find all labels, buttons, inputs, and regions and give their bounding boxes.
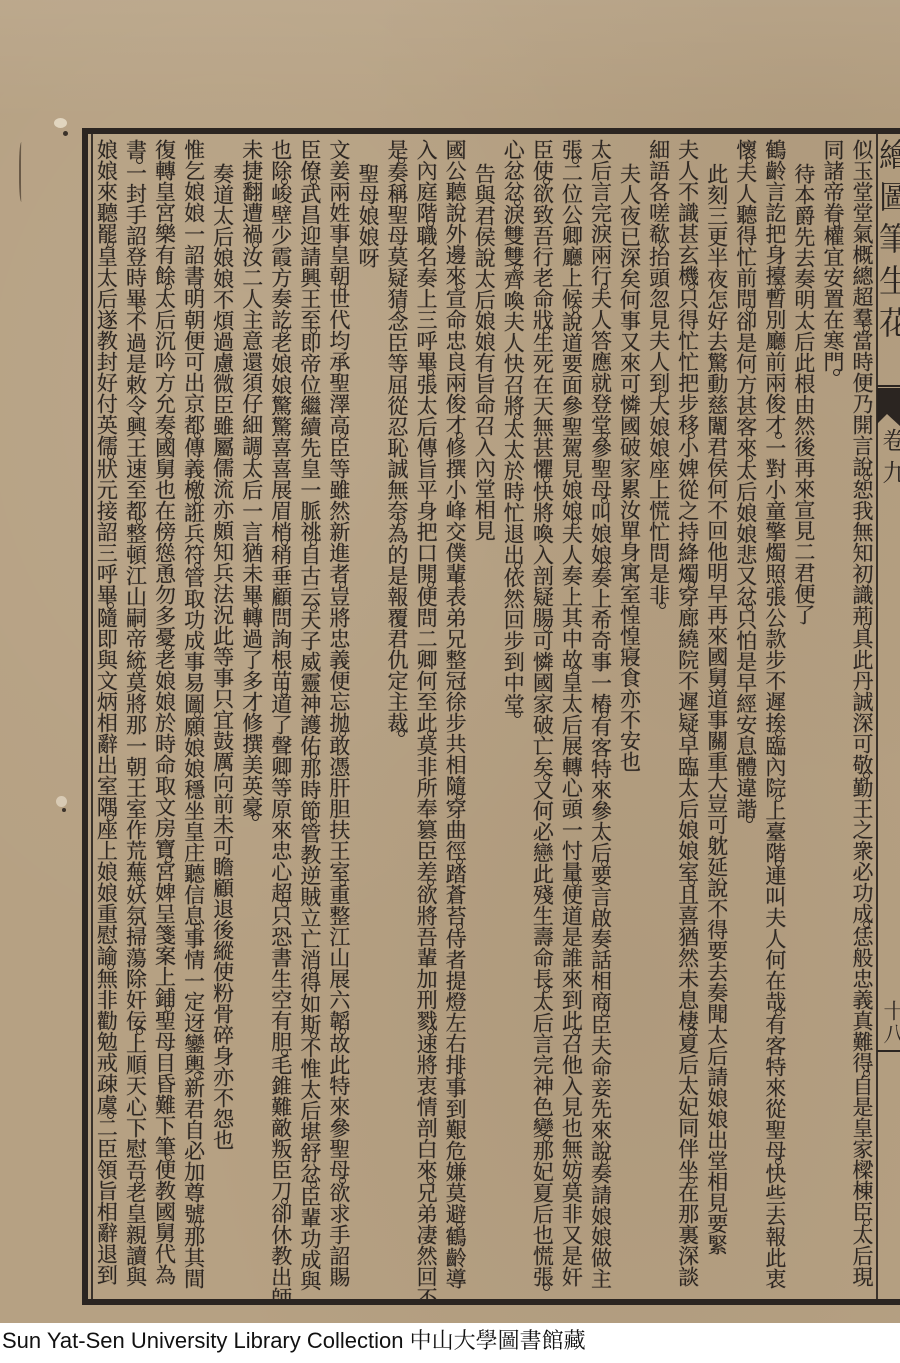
punctuation-circle-icon bbox=[863, 772, 870, 779]
punctuation-circle-icon bbox=[339, 1177, 346, 1184]
punctuation-circle-icon bbox=[688, 283, 695, 290]
punctuation-circle-icon bbox=[107, 241, 114, 248]
punctuation-circle-icon bbox=[136, 1028, 143, 1035]
punctuation-circle-icon bbox=[688, 1177, 695, 1184]
punctuation-circle-icon bbox=[775, 283, 782, 290]
punctuation-circle-icon bbox=[543, 476, 550, 483]
punctuation-circle-icon bbox=[514, 264, 521, 271]
punctuation-circle-icon bbox=[456, 793, 463, 800]
text-column: 書一封手詔登時畢不過是敕令興王速至都整頓江山嗣帝統莫將那一朝王室作荒蕪妖氛掃蕩除… bbox=[120, 139, 149, 1299]
frame-left-border bbox=[82, 128, 88, 1305]
frame-top-border bbox=[82, 128, 900, 134]
punctuation-circle-icon bbox=[601, 711, 608, 718]
punctuation-circle-icon bbox=[863, 1070, 870, 1077]
text-column: 聖母娘娘呀 bbox=[353, 139, 382, 1299]
punctuation-circle-icon bbox=[165, 1154, 172, 1161]
text-column: 同諸帝眷權宜安置在寒門 bbox=[818, 139, 847, 1299]
punctuation-circle-icon bbox=[514, 562, 521, 569]
text-column: 奏道太后娘娘不煩過慮微臣雖屬儒流亦頗知兵法況此等事只宜鼓厲向前未可瞻顧退後縱使粉… bbox=[208, 139, 237, 1299]
punctuation-circle-icon bbox=[601, 1158, 608, 1165]
punctuation-circle-icon bbox=[775, 860, 782, 867]
text-column: 待本爵先去奏明太后此根由然後再來宣見二君便了 bbox=[789, 139, 818, 1299]
text-column: 此刻三更半夜怎好去驚動慈闈君侯何不回他明早再來國舅道事關重大豈可躭延說不得要去奏… bbox=[702, 139, 731, 1299]
punctuation-circle-icon bbox=[456, 1072, 463, 1079]
punctuation-circle-icon bbox=[165, 432, 172, 439]
punctuation-circle-icon bbox=[310, 604, 317, 611]
punctuation-circle-icon bbox=[659, 241, 666, 248]
punctuation-circle-icon bbox=[427, 1177, 434, 1184]
text-column: 也除峻壁少霞方奏訖老娘娘驚驚喜喜展眉梢稍垂顧問詢根苗道了聲卿等原來忠心超只恐書生… bbox=[266, 139, 295, 1299]
fishtail-mark-icon bbox=[877, 388, 900, 426]
punctuation-circle-icon bbox=[572, 1177, 579, 1184]
punctuation-circle-icon bbox=[398, 306, 405, 313]
punctuation-circle-icon bbox=[456, 858, 463, 865]
punctuation-circle-icon bbox=[194, 923, 201, 930]
punctuation-circle-icon bbox=[688, 432, 695, 439]
punctuation-circle-icon bbox=[659, 602, 666, 609]
punctuation-circle-icon bbox=[310, 327, 317, 334]
punctuation-circle-icon bbox=[427, 730, 434, 737]
punctuation-circle-icon bbox=[310, 539, 317, 546]
punctuation-circle-icon bbox=[775, 1009, 782, 1016]
punctuation-circle-icon bbox=[252, 602, 259, 609]
punctuation-circle-icon bbox=[746, 157, 753, 164]
punctuation-circle-icon bbox=[833, 220, 840, 227]
punctuation-circle-icon bbox=[688, 730, 695, 737]
text-column: 臣僚武昌迎請興王至即帝位繼續先皇一脈祧自古云天子威靈神護佑那時節管教逆賊立亡消得… bbox=[295, 139, 324, 1299]
punctuation-circle-icon bbox=[194, 497, 201, 504]
punctuation-circle-icon bbox=[514, 413, 521, 420]
punctuation-circle-icon bbox=[543, 774, 550, 781]
punctuation-circle-icon bbox=[310, 1032, 317, 1039]
punctuation-circle-icon bbox=[543, 986, 550, 993]
punctuation-circle-icon bbox=[456, 283, 463, 290]
punctuation-circle-icon bbox=[775, 581, 782, 588]
punctuation-circle-icon bbox=[601, 562, 608, 569]
punctuation-circle-icon bbox=[775, 432, 782, 439]
punctuation-circle-icon bbox=[165, 283, 172, 290]
punctuation-circle-icon bbox=[310, 1181, 317, 1188]
punctuation-circle-icon bbox=[339, 1028, 346, 1035]
volume-number: 卷九 bbox=[879, 428, 900, 492]
punctuation-circle-icon bbox=[107, 814, 114, 821]
punctuation-circle-icon bbox=[310, 753, 317, 760]
punctuation-circle-icon bbox=[107, 602, 114, 609]
punctuation-circle-icon bbox=[427, 220, 434, 227]
punctuation-circle-icon bbox=[165, 644, 172, 651]
collection-caption: Sun Yat-Sen University Library Collectio… bbox=[2, 1326, 586, 1356]
text-column: 文姜兩姓事皇朝世代均承聖澤高臣等雖然新進者豈將忠義便忘拋敢憑肝胆扶王室重整江山展… bbox=[324, 139, 353, 1299]
punctuation-circle-icon bbox=[136, 518, 143, 525]
text-column: 未捷翻遭禍汝二人主意還須仔細調太后一言猶未畢轉過了多才修撰美英豪 bbox=[237, 139, 266, 1299]
text-column: 太后言完淚兩行夫人答應就登堂參聖母叫娘娘奏上希奇事一樁有客特來參太后要言啟奏話相… bbox=[585, 139, 614, 1299]
punctuation-circle-icon bbox=[310, 967, 317, 974]
punctuation-circle-icon bbox=[136, 157, 143, 164]
punctuation-circle-icon bbox=[746, 604, 753, 611]
punctuation-circle-icon bbox=[398, 518, 405, 525]
punctuation-circle-icon bbox=[194, 1221, 201, 1228]
punctuation-circle-icon bbox=[601, 860, 608, 867]
punctuation-circle-icon bbox=[659, 390, 666, 397]
punctuation-circle-icon bbox=[863, 921, 870, 928]
margin-rule-upper bbox=[877, 385, 900, 387]
punctuation-circle-icon bbox=[688, 1028, 695, 1035]
punctuation-circle-icon bbox=[398, 730, 405, 737]
punctuation-circle-icon bbox=[775, 795, 782, 802]
text-column: 懷夫人聽得忙前問卻是何方甚客來太后娘娘悲又忿只怕是早經安息體違諧 bbox=[731, 139, 760, 1299]
punctuation-circle-icon bbox=[601, 1009, 608, 1016]
punctuation-circle-icon bbox=[833, 369, 840, 376]
text-column: 張二位公卿廳上候說道要面參聖駕見娘娘夫人奏上其中故皇太后展轉心頭一忖量便道是誰來… bbox=[556, 139, 585, 1299]
punctuation-circle-icon bbox=[456, 581, 463, 588]
punctuation-circle-icon bbox=[572, 667, 579, 674]
punctuation-circle-icon bbox=[775, 730, 782, 737]
punctuation-circle-icon bbox=[107, 1112, 114, 1119]
punctuation-circle-icon bbox=[543, 178, 550, 185]
punctuation-circle-icon bbox=[136, 879, 143, 886]
punctuation-circle-icon bbox=[194, 283, 201, 290]
punctuation-circle-icon bbox=[543, 625, 550, 632]
frame-bottom-border bbox=[82, 1299, 900, 1305]
punctuation-circle-icon bbox=[281, 688, 288, 695]
punctuation-circle-icon bbox=[543, 1135, 550, 1142]
text-column: 心忿忿淚雙雙齊喚夫人快召將太太於時忙退出依然回步到中堂 bbox=[498, 139, 527, 1299]
punctuation-circle-icon bbox=[281, 327, 288, 334]
punctuation-circle-icon bbox=[456, 1221, 463, 1228]
punctuation-circle-icon bbox=[514, 199, 521, 206]
punctuation-circle-icon bbox=[252, 241, 259, 248]
punctuation-circle-icon bbox=[863, 623, 870, 630]
punctuation-circle-icon bbox=[339, 879, 346, 886]
punctuation-circle-icon bbox=[310, 818, 317, 825]
punctuation-circle-icon bbox=[427, 1028, 434, 1035]
punctuation-circle-icon bbox=[427, 581, 434, 588]
text-column: 臣使欲致吾行老命戕生死在天無甚懼快將喚入剖疑腸可憐國家破亡矣又何必戀此殘生壽命長… bbox=[527, 139, 556, 1299]
text-column: 國公聽說外邊來宣命忠良兩俊才修撰小峰交僕輩表弟兄整冠徐步共相隨穿曲徑踏蒼苔侍者提… bbox=[440, 139, 469, 1299]
punctuation-circle-icon bbox=[281, 900, 288, 907]
punctuation-circle-icon bbox=[310, 178, 317, 185]
page-fold-mark bbox=[19, 142, 25, 202]
punctuation-circle-icon bbox=[281, 1198, 288, 1205]
ink-speck bbox=[62, 808, 66, 812]
punctuation-circle-icon bbox=[572, 306, 579, 313]
punctuation-circle-icon bbox=[427, 369, 434, 376]
punctuation-circle-icon bbox=[456, 923, 463, 930]
punctuation-circle-icon bbox=[601, 283, 608, 290]
text-column: 復轉皇宮樂有餘太后沉吟方允奏國舅也在傍慫恿勿多憂老娘娘於時命取文房寶宮婢呈箋案上… bbox=[149, 139, 178, 1299]
binding-hole-mark bbox=[56, 796, 67, 807]
punctuation-circle-icon bbox=[572, 1028, 579, 1035]
punctuation-circle-icon bbox=[427, 879, 434, 886]
punctuation-circle-icon bbox=[165, 856, 172, 863]
text-column: 娘娘來聽罷皇太后遂教封好付英儒狀元接詔三呼畢隨即與文炳相辭出室隅座上娘娘重慰諭無… bbox=[91, 139, 120, 1299]
punctuation-circle-icon bbox=[688, 879, 695, 886]
text-column: 惟乞娘娘一詔書明朝便可出京都傳義檄誑兵符管取功成事易圖願娘娘穩坐皇庄聽信息事情一… bbox=[179, 139, 208, 1299]
punctuation-circle-icon bbox=[339, 581, 346, 588]
punctuation-circle-icon bbox=[194, 1072, 201, 1079]
punctuation-circle-icon bbox=[281, 1049, 288, 1056]
punctuation-circle-icon bbox=[339, 432, 346, 439]
punctuation-circle-icon bbox=[339, 283, 346, 290]
punctuation-circle-icon bbox=[136, 1177, 143, 1184]
punctuation-circle-icon bbox=[688, 581, 695, 588]
punctuation-circle-icon bbox=[136, 667, 143, 674]
punctuation-circle-icon bbox=[107, 453, 114, 460]
punctuation-circle-icon bbox=[136, 306, 143, 313]
punctuation-circle-icon bbox=[746, 816, 753, 823]
punctuation-circle-icon bbox=[194, 711, 201, 718]
text-column: 夫人夜已深矣何事又來可憐國破家累汝單身寓室惶惶寢食亦不安也 bbox=[614, 139, 643, 1299]
text-column: 鶴齡言訖把身擡暫別廳前兩俊才一對小童擎燭照張公款步不遲挨臨內院上臺階連叫夫人何在… bbox=[760, 139, 789, 1299]
binding-hole-mark bbox=[54, 118, 67, 128]
punctuation-circle-icon bbox=[601, 432, 608, 439]
punctuation-circle-icon bbox=[252, 453, 259, 460]
page-number: 十八 bbox=[881, 1000, 900, 1046]
punctuation-circle-icon bbox=[165, 1005, 172, 1012]
punctuation-circle-icon bbox=[514, 711, 521, 718]
punctuation-circle-icon bbox=[572, 518, 579, 525]
ink-speck bbox=[63, 131, 68, 136]
text-column: 似玉堂堂氣概總超羣當時便乃開言說恕我無知初識荊具此丹誠深可敬勤王之衆必功成恁般忠… bbox=[847, 139, 876, 1299]
punctuation-circle-icon bbox=[107, 963, 114, 970]
punctuation-circle-icon bbox=[601, 497, 608, 504]
punctuation-circle-icon bbox=[863, 474, 870, 481]
main-text-block: 似玉堂堂氣概總超羣當時便乃開言說恕我無知初識荊具此丹誠深可敬勤王之衆必功成恁般忠… bbox=[91, 139, 876, 1299]
punctuation-circle-icon bbox=[572, 157, 579, 164]
punctuation-circle-icon bbox=[252, 814, 259, 821]
punctuation-circle-icon bbox=[775, 1158, 782, 1165]
text-column: 告與君侯說太后娘娘有旨命召入內堂相見 bbox=[469, 139, 498, 1299]
punctuation-circle-icon bbox=[398, 157, 405, 164]
punctuation-circle-icon bbox=[863, 1219, 870, 1226]
text-column: 細語各嗟欷抬頭忽見夫人到大娘娘座上慌忙問是非 bbox=[644, 139, 673, 1299]
punctuation-circle-icon bbox=[572, 879, 579, 886]
punctuation-circle-icon bbox=[281, 178, 288, 185]
text-column: 入內庭階職名奏上三呼畢張太后傳旨平身把口開便問二卿何至此莫非所奉篡臣差欲將吾輩加… bbox=[411, 139, 440, 1299]
punctuation-circle-icon bbox=[746, 306, 753, 313]
punctuation-circle-icon bbox=[543, 327, 550, 334]
punctuation-circle-icon bbox=[194, 562, 201, 569]
punctuation-circle-icon bbox=[746, 455, 753, 462]
text-column: 夫人不識甚玄機只得忙忙把步移小婢從之持絳燭穿廊繞院不遲疑早臨太后娘娘室且喜猶然未… bbox=[673, 139, 702, 1299]
book-title: 繪圖筆生花 bbox=[877, 138, 900, 348]
text-column: 是奏稱聖母莫疑猜念臣等屈從忍恥誠無奈為的是報覆君仇定主裁 bbox=[382, 139, 411, 1299]
punctuation-circle-icon bbox=[339, 730, 346, 737]
punctuation-circle-icon bbox=[863, 325, 870, 332]
punctuation-circle-icon bbox=[456, 432, 463, 439]
punctuation-circle-icon bbox=[194, 432, 201, 439]
punctuation-circle-icon bbox=[543, 1284, 550, 1291]
punctuation-circle-icon bbox=[281, 539, 288, 546]
margin-rule-lower bbox=[877, 1050, 900, 1052]
